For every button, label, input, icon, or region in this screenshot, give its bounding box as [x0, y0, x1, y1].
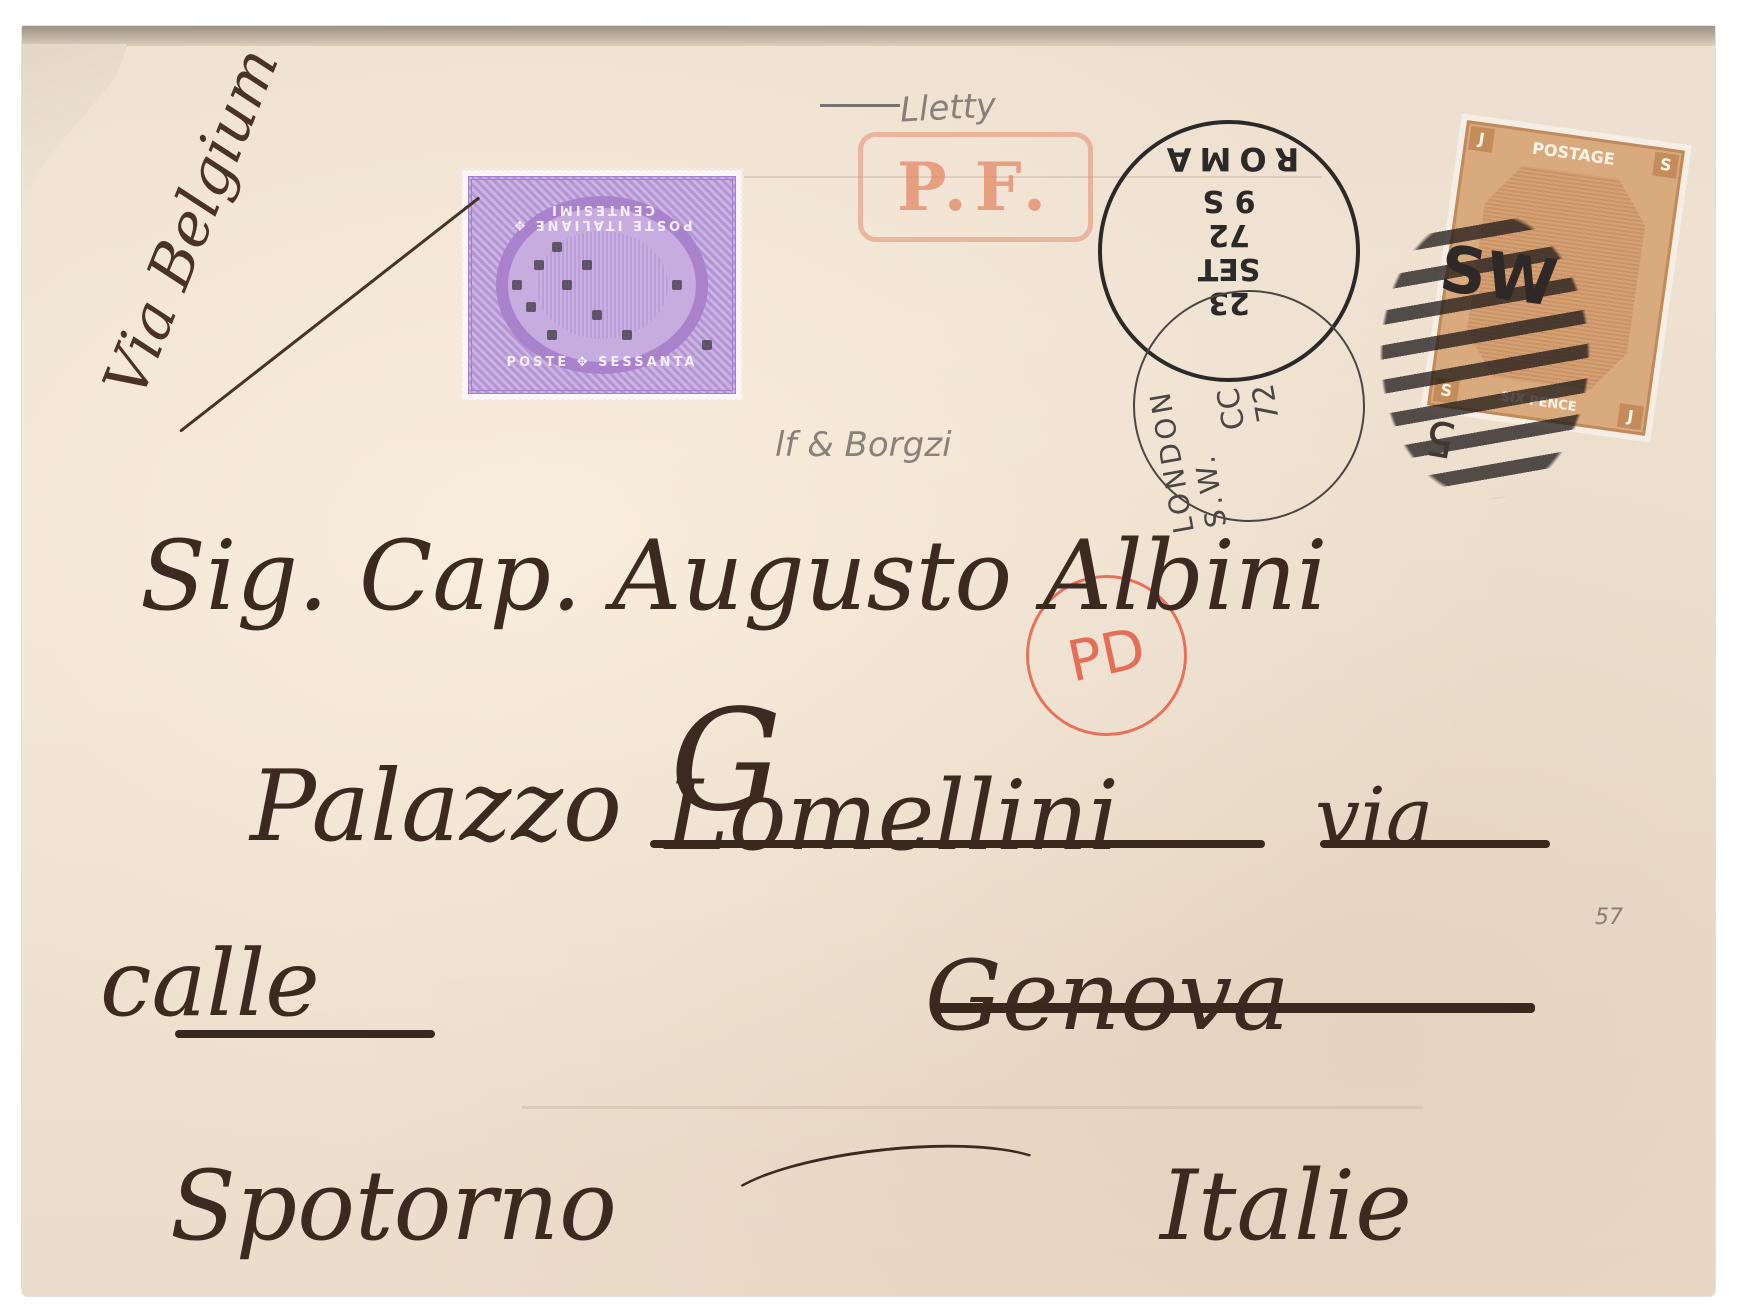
dot-cancel [702, 340, 712, 350]
roma-postmark-city: ROMA [1159, 140, 1299, 178]
italian-stamp-top-text: POSTE ITALIANE ✥ CENTESIMI [472, 202, 732, 232]
dot-cancel [534, 260, 544, 270]
italian-stamp: POSTE ITALIANE ✥ CENTESIMI POSTE ✥ SESSA… [462, 170, 742, 400]
roma-postmark-month: SET [1198, 251, 1261, 285]
strikethrough-line [1320, 840, 1550, 848]
london-postmark-year: 72 [1246, 381, 1287, 425]
address-lomellini-struck: Lomellini [665, 760, 1119, 872]
dot-cancel [562, 280, 572, 290]
pencil-note-top: Lletty [899, 86, 997, 131]
dot-cancel [552, 242, 562, 252]
address-genova-struck: Genova [925, 940, 1290, 1052]
italian-stamp-frame: POSTE ITALIANE ✥ CENTESIMI POSTE ✥ SESSA… [468, 176, 736, 394]
pencil-note-middle: lf & Borgzi [775, 425, 952, 465]
corner-letter: J [1468, 126, 1495, 153]
dot-cancel [512, 280, 522, 290]
pencil-note-right: 57 [1595, 905, 1623, 930]
dot-cancel [592, 310, 602, 320]
roma-postmark-year: 72 [1208, 217, 1250, 251]
pf-handstamp: P.F. [858, 132, 1093, 242]
roma-postmark-time: 9 S [1203, 183, 1256, 217]
corner-letter: S [1652, 152, 1679, 179]
addressee-line: Sig. Cap. Augusto Albini [140, 520, 1327, 632]
dot-cancel [672, 280, 682, 290]
address-palazzo: Palazzo [250, 750, 622, 864]
strikethrough-line [175, 1030, 435, 1038]
italian-stamp-bottom-text: POSTE ✥ SESSANTA [472, 355, 732, 370]
envelope-top-fold [22, 26, 1715, 46]
pf-handstamp-text: P.F. [897, 148, 1054, 226]
dot-cancel [526, 302, 536, 312]
strikethrough-line [935, 1003, 1535, 1013]
dot-cancel [622, 330, 632, 340]
strikethrough-line [650, 840, 1265, 848]
corner-letter: J [1617, 403, 1644, 430]
address-via-struck: via [1315, 770, 1433, 863]
torn-corner [22, 44, 128, 214]
address-town: Spotorno [170, 1150, 617, 1262]
dot-cancel [547, 330, 557, 340]
british-stamp-top-text: POSTAGE [1496, 134, 1651, 174]
address-calle-struck: calle [100, 930, 320, 1037]
paper-crease [522, 1106, 1422, 1109]
dot-cancel [582, 260, 592, 270]
address-country: Italie [1160, 1150, 1412, 1262]
pencil-stroke [820, 104, 900, 107]
